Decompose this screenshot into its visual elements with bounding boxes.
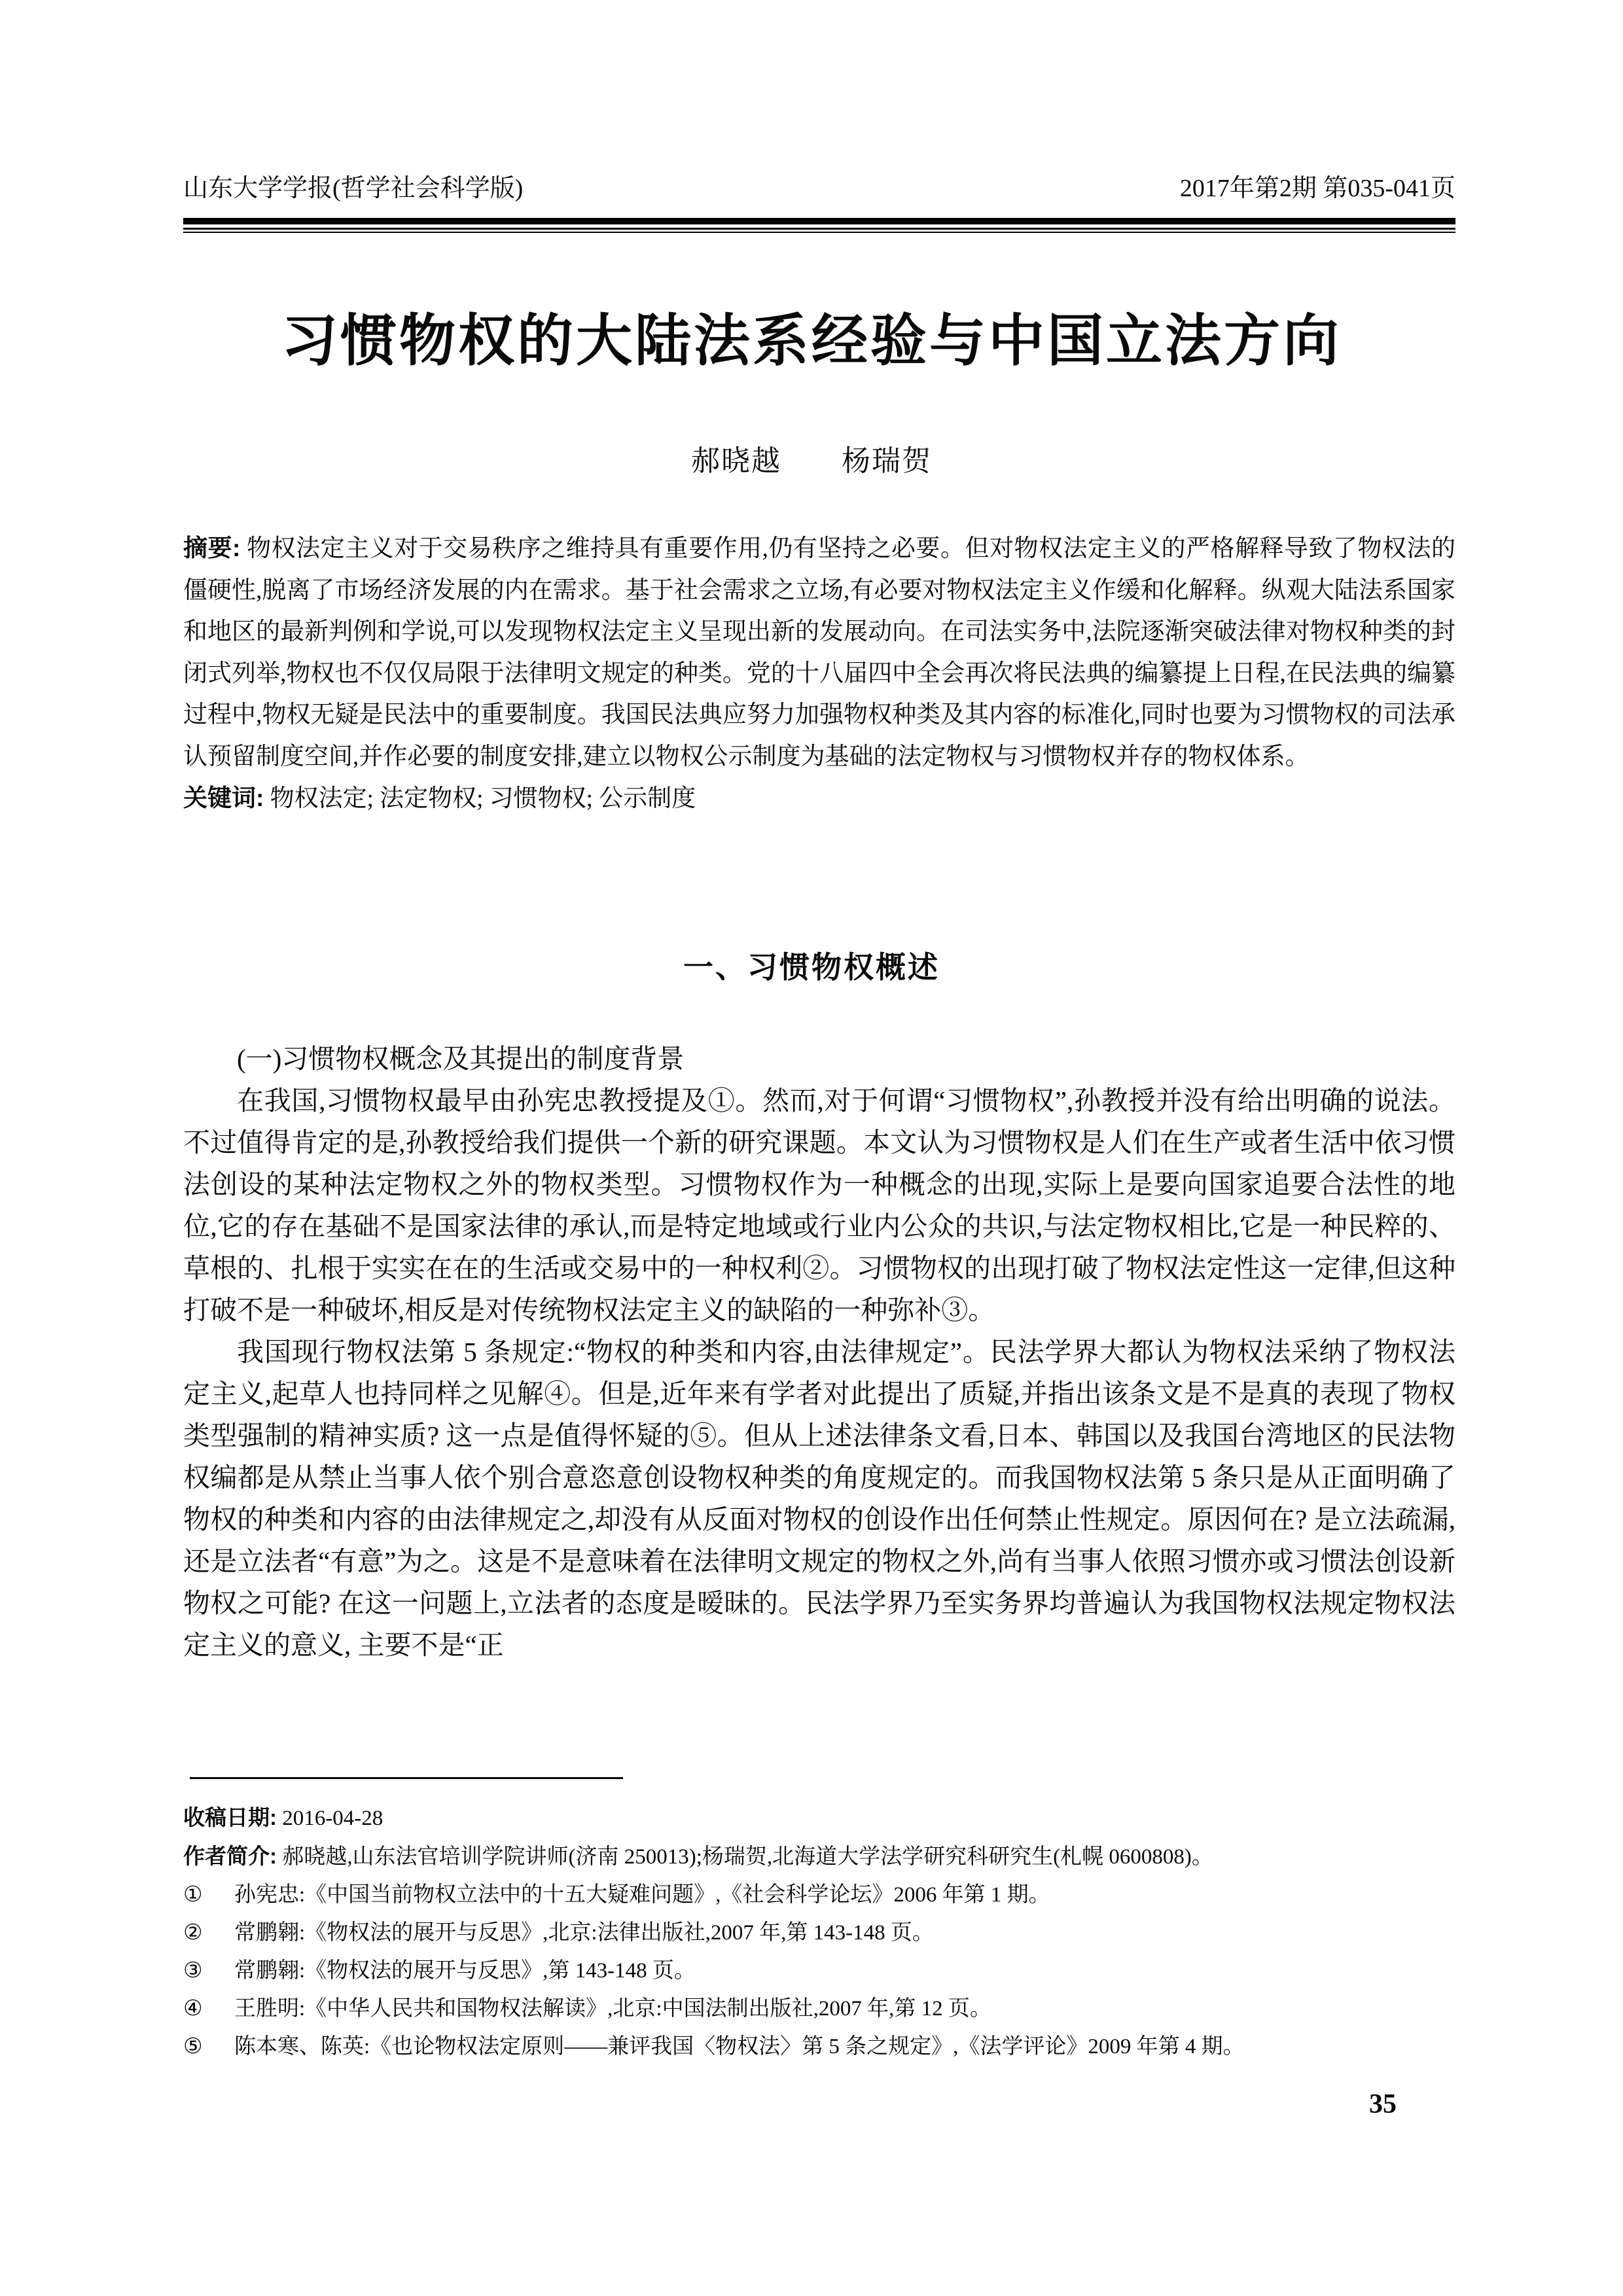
section-heading: 一、习惯物权概述 [0,944,1623,987]
paragraph-2: 我国现行物权法第 5 条规定:“物权的种类和内容,由法律规定”。民法学界大都认为… [183,1331,1455,1666]
keywords-label: 关键词: [183,785,264,811]
footnotes: 收稿日期: 2016-04-28 作者简介: 郝晓越,山东法官培训学院讲师(济南… [183,1777,1455,2066]
paragraph-1: 在我国,习惯物权最早由孙宪忠教授提及①。然而,对于何谓“习惯物权”,孙教授并没有… [183,1080,1455,1331]
body-text: (一)习惯物权概念及其提出的制度背景 在我国,习惯物权最早由孙宪忠教授提及①。然… [183,1038,1455,1666]
running-head: 山东大学学报(哲学社会科学版) 2017年第2期 第035-041页 [183,174,1455,204]
article-title: 习惯物权的大陆法系经验与中国立法方向 [0,306,1623,377]
footnote-item: ⑤陈本寒、陈英:《也论物权法定原则——兼评我国〈物权法〉第 5 条之规定》,《法… [183,2028,1455,2066]
received-date-line: 收稿日期: 2016-04-28 [183,1799,1455,1837]
header-divider [183,218,1455,233]
footnote-separator-rule [190,1777,623,1779]
divider-hairline-rule [183,232,1455,233]
keywords: 关键词: 物权法定; 法定物权; 习惯物权; 公示制度 [183,777,1455,820]
abstract-text: 物权法定主义对于交易秩序之维持具有重要作用,仍有坚持之必要。但对物权法定主义的严… [183,535,1455,770]
abstract: 摘要: 物权法定主义对于交易秩序之维持具有重要作用,仍有坚持之必要。但对物权法定… [183,527,1455,777]
divider-thin-rule [183,228,1455,230]
footnote-item: ④王胜明:《中华人民共和国物权法解读》,北京:中国法制出版社,2007 年,第 … [183,1990,1455,2028]
author-bio-value: 郝晓越,山东法官培训学院讲师(济南 250013);杨瑞贺,北海道大学法学研究科… [282,1845,1213,1869]
footnote-marker: ① [183,1876,234,1914]
footnote-marker: ③ [183,1952,234,1990]
divider-thick-rule [183,218,1455,224]
received-date-value: 2016-04-28 [282,1807,383,1830]
abstract-block: 摘要: 物权法定主义对于交易秩序之维持具有重要作用,仍有坚持之必要。但对物权法定… [183,527,1455,820]
keywords-text: 物权法定; 法定物权; 习惯物权; 公示制度 [270,785,696,812]
abstract-label: 摘要: [183,535,240,561]
journal-name: 山东大学学报(哲学社会科学版) [183,174,523,204]
footnote-text: 王胜明:《中华人民共和国物权法解读》,北京:中国法制出版社,2007 年,第 1… [234,1990,1455,2028]
footnote-item: ③常鹏翱:《物权法的展开与反思》,第 143-148 页。 [183,1952,1455,1990]
footnote-marker: ⑤ [183,2028,234,2066]
author-bio-label: 作者简介: [183,1844,277,1868]
page-number: 35 [1369,2089,1397,2120]
journal-page: 山东大学学报(哲学社会科学版) 2017年第2期 第035-041页 习惯物权的… [0,0,1623,2296]
authors: 郝晓越 杨瑞贺 [0,437,1623,479]
footnote-marker: ② [183,1914,234,1952]
issue-info: 2017年第2期 第035-041页 [1180,174,1455,204]
footnote-marker: ④ [183,1990,234,2028]
footnote-text: 陈本寒、陈英:《也论物权法定原则——兼评我国〈物权法〉第 5 条之规定》,《法学… [234,2028,1455,2066]
received-date-label: 收稿日期: [183,1805,277,1829]
subsection-heading: (一)习惯物权概念及其提出的制度背景 [183,1038,1455,1080]
footnote-item: ②常鹏翱:《物权法的展开与反思》,北京:法律出版社,2007 年,第 143-1… [183,1914,1455,1952]
author-bio-line: 作者简介: 郝晓越,山东法官培训学院讲师(济南 250013);杨瑞贺,北海道大… [183,1837,1455,1876]
footnote-item: ①孙宪忠:《中国当前物权立法中的十五大疑难问题》,《社会科学论坛》2006 年第… [183,1876,1455,1914]
footnote-text: 常鹏翱:《物权法的展开与反思》,第 143-148 页。 [234,1952,1455,1990]
footnote-text: 孙宪忠:《中国当前物权立法中的十五大疑难问题》,《社会科学论坛》2006 年第 … [234,1876,1455,1914]
footnote-text: 常鹏翱:《物权法的展开与反思》,北京:法律出版社,2007 年,第 143-14… [234,1914,1455,1952]
